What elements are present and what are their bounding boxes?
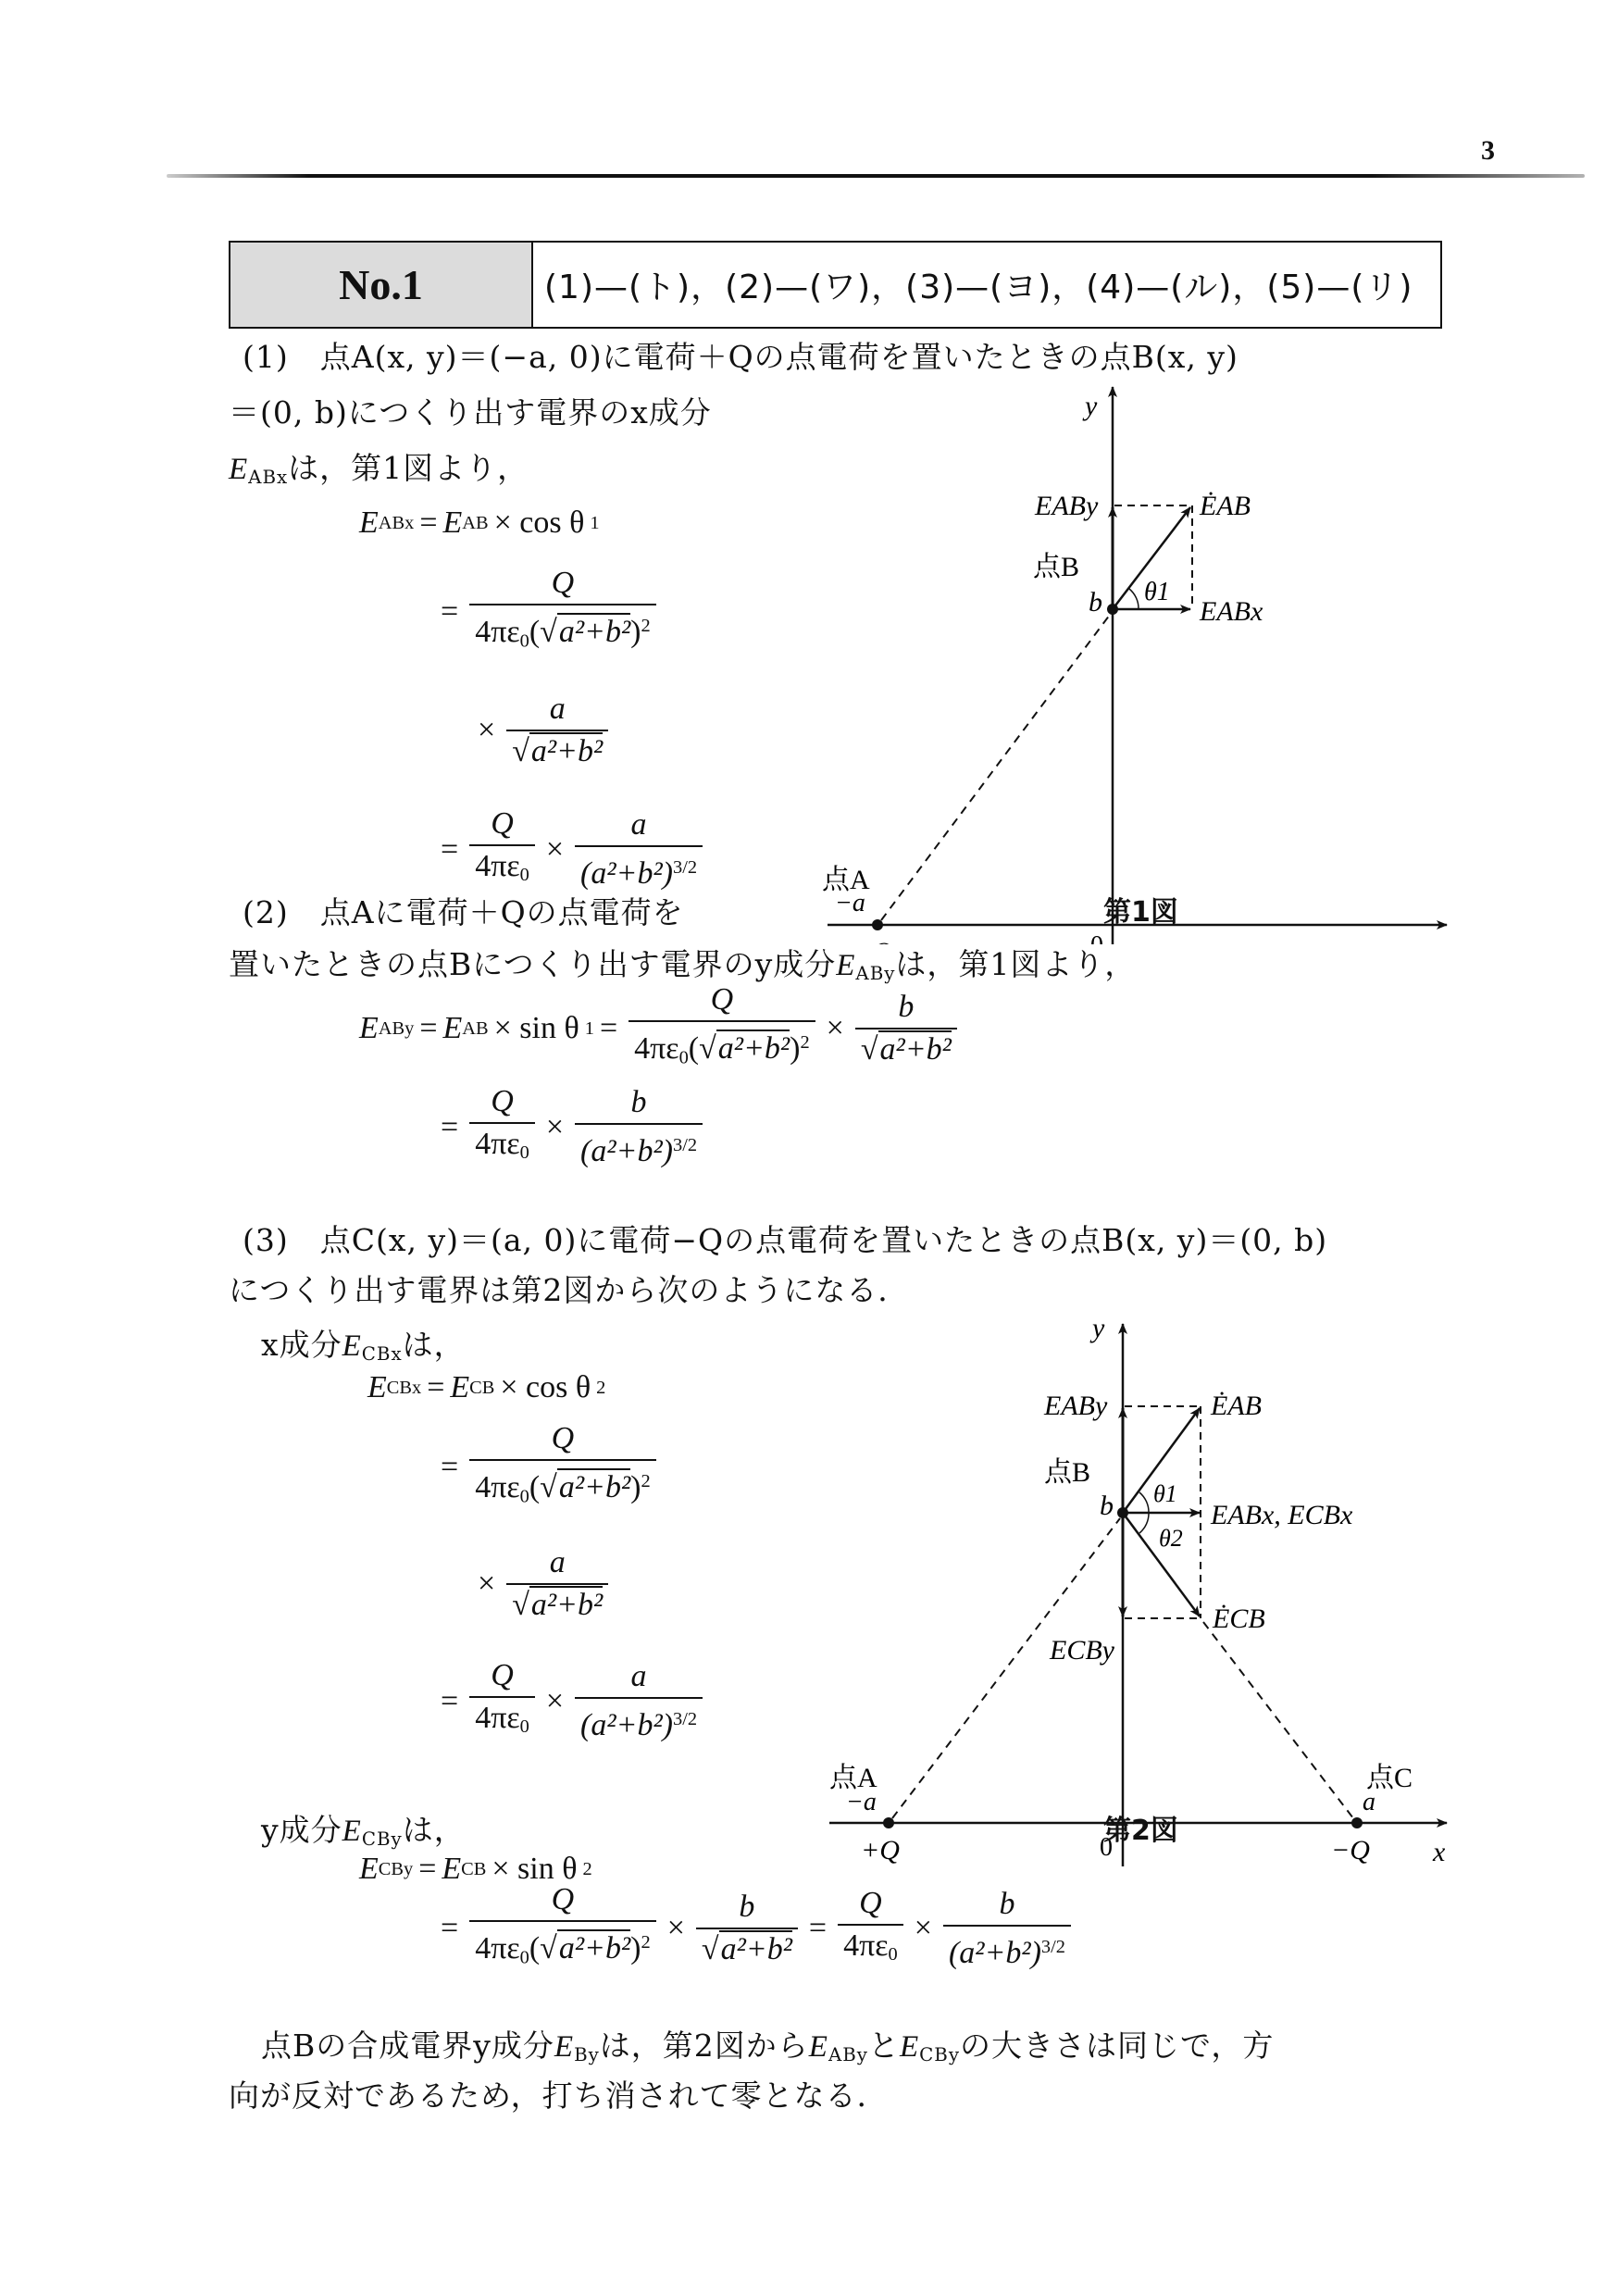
- s3-eq-line3: × a √a²+b²: [472, 1546, 614, 1622]
- svg-text:θ1: θ1: [1144, 578, 1170, 606]
- header-rule: [167, 174, 1585, 178]
- svg-text:y: y: [1082, 391, 1098, 421]
- svg-text:+Q: +Q: [861, 1835, 900, 1865]
- conclusion-line2: 向が反対であるため，打ち消されて零となる．: [229, 2078, 889, 2115]
- s3-line1: (3) 点C(x, y)＝(a, 0)に電荷−Qの点電荷を置いたときの点B(x,…: [243, 1222, 1327, 1259]
- svg-text:0: 0: [1090, 931, 1103, 944]
- svg-text:y: y: [1089, 1313, 1105, 1343]
- svg-text:x: x: [1432, 935, 1446, 944]
- svg-text:ĖAB: ĖAB: [1199, 491, 1251, 521]
- s3-eq-line1: ECBx = ECB × cos θ2: [367, 1370, 605, 1405]
- s1-eq-line3: × a √a²+b²: [472, 693, 614, 768]
- svg-text:ECBy: ECBy: [1049, 1635, 1115, 1666]
- figure-1-caption: 第1図: [1103, 889, 1178, 930]
- svg-text:b: b: [1089, 587, 1102, 618]
- s2-eq-line2: = Q 4πε0 × b (a²+b²)3/2: [435, 1085, 708, 1169]
- svg-text:EABx, ECBx: EABx, ECBx: [1210, 1500, 1353, 1530]
- svg-text:θ1: θ1: [1153, 1480, 1177, 1507]
- page-number: 3: [1481, 135, 1495, 167]
- s3-eq-line6: = Q 4πε0(√a²+b²)2 × b √a²+b² = Q 4πε0 × …: [435, 1883, 1077, 1974]
- svg-text:+Q: +Q: [853, 937, 892, 944]
- svg-text:−Q: −Q: [1331, 1835, 1370, 1865]
- svg-text:θ2: θ2: [1159, 1525, 1183, 1552]
- svg-text:EABx: EABx: [1199, 596, 1263, 627]
- svg-text:EABy: EABy: [1043, 1391, 1108, 1421]
- s1-eq-line2: = Q 4πε0(√a²+b²)2: [435, 567, 662, 657]
- conclusion-line1: 点Bの合成電界y成分EByは，第2図からEAByとECByの大きさは同じで，方: [261, 2028, 1274, 2074]
- s2-eq-line1: EABy = EAB × sin θ1 = Q 4πε0(√a²+b²)2 × …: [359, 983, 963, 1074]
- answer-list: (1)—(ト)，(2)—(ワ)，(3)—(ヨ)，(4)—(ル)，(5)—(リ): [533, 243, 1440, 327]
- s3-eq-line4: = Q 4πε0 × a (a²+b²)3/2: [435, 1659, 708, 1743]
- svg-text:点B: 点B: [1033, 552, 1079, 582]
- svg-text:−a: −a: [835, 889, 865, 917]
- s3-line2: につくり出す電界は第2図から次のようになる．: [229, 1272, 909, 1309]
- s3-eq-line2: = Q 4πε0(√a²+b²)2: [435, 1422, 662, 1513]
- s1-eq-line4: = Q 4πε0 × a (a²+b²)3/2: [435, 807, 708, 892]
- svg-text:EABy: EABy: [1034, 491, 1099, 521]
- svg-text:ĖCB: ĖCB: [1212, 1603, 1265, 1634]
- answer-header-box: No.1 (1)—(ト)，(2)—(ワ)，(3)—(ヨ)，(4)—(ル)，(5)…: [229, 241, 1442, 329]
- s3-xcomp-label: x成分ECBxは，: [261, 1327, 466, 1373]
- s1-line3: EABxは，第1図より，: [229, 450, 529, 496]
- svg-text:x: x: [1432, 1837, 1446, 1867]
- svg-text:−a: −a: [846, 1788, 877, 1816]
- figure-2-caption: 第2図: [1103, 1807, 1178, 1848]
- svg-text:ĖAB: ĖAB: [1210, 1391, 1262, 1421]
- svg-text:a: a: [1363, 1788, 1375, 1816]
- figure-1-diagram: y x 0 点A −a +Q 点B b θ1 ĖAB EABx EABy: [815, 370, 1462, 944]
- figure-2-diagram: y x 0 点A −a +Q 点C a −Q 点B b θ1 θ2 ĖAB ĖC…: [815, 1296, 1462, 1889]
- s1-eq-line1: EABx = EAB × cos θ1: [359, 505, 600, 541]
- problem-number: No.1: [230, 243, 533, 327]
- svg-text:点B: 点B: [1044, 1457, 1090, 1488]
- svg-text:b: b: [1100, 1491, 1114, 1521]
- s2-line1: (2) 点Aに電荷＋Qの点電荷を: [243, 894, 684, 931]
- s1-line2: ＝(0, b)につくり出す電界のx成分: [229, 394, 712, 431]
